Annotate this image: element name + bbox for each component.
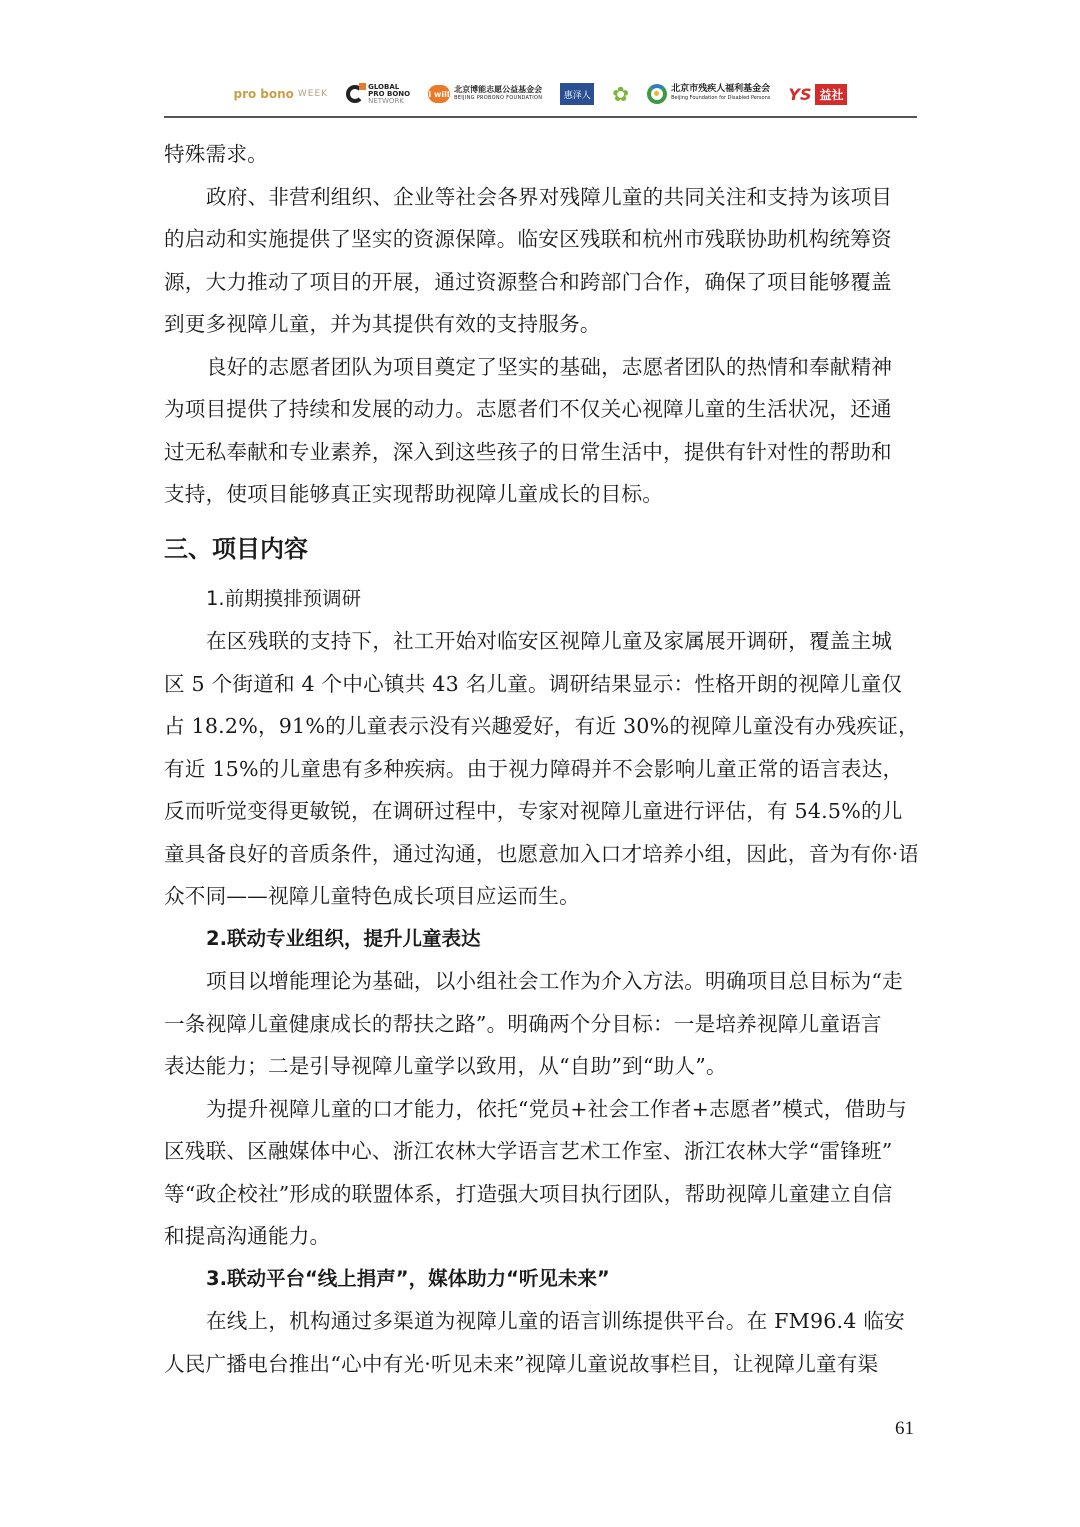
logo-text: bono xyxy=(260,87,294,101)
text-line: 政府、非营利组织、企业等社会各界对残障儿童的共同关注和支持为该项目 xyxy=(164,176,917,219)
text-line: 在区残联的支持下，社工开始对临安区视障儿童及家属展开调研，覆盖主城 xyxy=(164,620,917,663)
header-logo-bar: pro bono WEEK GLOBAL PRO BONO NETWORK i … xyxy=(164,72,917,116)
subsection-heading: 1.前期摸排预调研 xyxy=(164,578,917,621)
logo-line: Beijing Foundation for Disabled Persons xyxy=(671,94,770,103)
ribbon-logo-icon: ✿ xyxy=(612,82,629,106)
logo-pro-bono-week: pro bono WEEK xyxy=(234,87,329,101)
text-line: 反而听觉变得更敏锐，在调研过程中，专家对视障儿童进行评估，有 54.5%的儿 xyxy=(164,790,917,833)
logo-yishe: YS 益社 xyxy=(788,84,847,105)
text-line: 过无私奉献和专业素养，深入到这些孩子的日常生活中，提供有针对性的帮助和 xyxy=(164,431,917,474)
bfdp-mark-icon xyxy=(647,84,667,104)
text-line: 区 5 个街道和 4 个中心镇共 43 名儿童。调研结果显示：性格开朗的视障儿童… xyxy=(164,663,917,706)
subsection-heading: 3.联动平台“线上捐声”，媒体助力“听见未来” xyxy=(164,1258,917,1301)
text-line: 童具备良好的音质条件，通过沟通，也愿意加入口才培养小组，因此，音为有你·语 xyxy=(164,833,917,876)
text-line: 表达能力；二是引导视障儿童学以致用，从“自助”到“助人”。 xyxy=(164,1045,917,1088)
logo-huizeren: 惠泽人 xyxy=(560,83,594,105)
logo-line: 北京博能志愿公益基金会 xyxy=(454,85,542,94)
logo-text: 北京市残疾人福利基金会 Beijing Foundation for Disab… xyxy=(671,85,770,103)
text-line: 支持，使项目能够真正实现帮助视障儿童成长的目标。 xyxy=(164,473,917,516)
page-body: 特殊需求。 政府、非营利组织、企业等社会各界对残障儿童的共同关注和支持为该项目 … xyxy=(164,133,917,1385)
text-line: 源，大力推动了项目的开展，通过资源整合和跨部门合作，确保了项目能够覆盖 xyxy=(164,261,917,304)
text-line: 众不同——视障儿童特色成长项目应运而生。 xyxy=(164,875,917,918)
text-line: 的启动和实施提供了坚实的资源保障。临安区残联和杭州市残联协助机构统筹资 xyxy=(164,218,917,261)
text-line: 为项目提供了持续和发展的动力。志愿者们不仅关心视障儿童的生活状况，还通 xyxy=(164,388,917,431)
ys-mark-icon: YS xyxy=(788,85,811,104)
text-line: 特殊需求。 xyxy=(164,133,917,176)
paragraph: 项目以增能理论为基础，以小组社会工作为介入方法。明确项目总目标为“走 一条视障儿… xyxy=(164,960,917,1088)
text-line: 一条视障儿童健康成长的帮扶之路”。明确两个分目标：一是培养视障儿童语言 xyxy=(164,1003,917,1046)
logo-line: 北京市残疾人福利基金会 xyxy=(671,85,770,94)
logo-text: pro xyxy=(234,87,257,101)
logo-line: NETWORK xyxy=(368,98,410,105)
text-line: 为提升视障儿童的口才能力，依托“党员+社会工作者+志愿者”模式，借助与 xyxy=(164,1088,917,1131)
paragraph: 在区残联的支持下，社工开始对临安区视障儿童及家属展开调研，覆盖主城 区 5 个街… xyxy=(164,620,917,918)
logo-text: 益社 xyxy=(815,84,847,105)
text-line: 人民广播电台推出“心中有光·听见未来”视障儿童说故事栏目，让视障儿童有渠 xyxy=(164,1343,917,1386)
paragraph: 在线上，机构通过多渠道为视障儿童的语言训练提供平台。在 FM96.4 临安 人民… xyxy=(164,1300,917,1385)
logo-text: GLOBAL PRO BONO NETWORK xyxy=(368,84,410,105)
header-divider xyxy=(164,116,917,118)
logo-line: BEIJING PROBONO FOUNDATION xyxy=(454,94,542,103)
text-line: 等“政企校社”形成的联盟体系，打造强大项目执行团队，帮助视障儿童建立自信 xyxy=(164,1173,917,1216)
page-number: 61 xyxy=(895,1418,914,1440)
text-line: 区残联、区融媒体中心、浙江农林大学语言艺术工作室、浙江农林大学“雷锋班” xyxy=(164,1130,917,1173)
paragraph: 政府、非营利组织、企业等社会各界对残障儿童的共同关注和支持为该项目 的启动和实施… xyxy=(164,176,917,346)
gpbn-mark-icon xyxy=(346,85,364,103)
paragraph: 为提升视障儿童的口才能力，依托“党员+社会工作者+志愿者”模式，借助与 区残联、… xyxy=(164,1088,917,1258)
text-line: 和提高沟通能力。 xyxy=(164,1215,917,1258)
logo-text: 北京博能志愿公益基金会 BEIJING PROBONO FOUNDATION xyxy=(454,85,542,103)
paragraph: 特殊需求。 xyxy=(164,133,917,176)
iwill-mark-icon: i will xyxy=(428,85,450,103)
section-heading: 三、项目内容 xyxy=(164,534,917,564)
text-line: 有近 15%的儿童患有多种疾病。由于视力障碍并不会影响儿童正常的语言表达， xyxy=(164,748,917,791)
text-line: 项目以增能理论为基础，以小组社会工作为介入方法。明确项目总目标为“走 xyxy=(164,960,917,1003)
logo-text: WEEK xyxy=(298,89,328,99)
logo-beijing-probono-foundation: i will 北京博能志愿公益基金会 BEIJING PROBONO FOUND… xyxy=(428,85,542,103)
logo-global-pro-bono-network: GLOBAL PRO BONO NETWORK xyxy=(346,84,410,105)
text-line: 到更多视障儿童，并为其提供有效的支持服务。 xyxy=(164,303,917,346)
text-line: 良好的志愿者团队为项目奠定了坚实的基础，志愿者团队的热情和奉献精神 xyxy=(164,346,917,389)
subsection-heading: 2.联动专业组织，提升儿童表达 xyxy=(164,918,917,961)
text-line: 在线上，机构通过多渠道为视障儿童的语言训练提供平台。在 FM96.4 临安 xyxy=(164,1300,917,1343)
text-line: 占 18.2%，91%的儿童表示没有兴趣爱好，有近 30%的视障儿童没有办残疾证… xyxy=(164,705,917,748)
logo-beijing-foundation-disabled-persons: 北京市残疾人福利基金会 Beijing Foundation for Disab… xyxy=(647,84,770,104)
paragraph: 良好的志愿者团队为项目奠定了坚实的基础，志愿者团队的热情和奉献精神 为项目提供了… xyxy=(164,346,917,516)
